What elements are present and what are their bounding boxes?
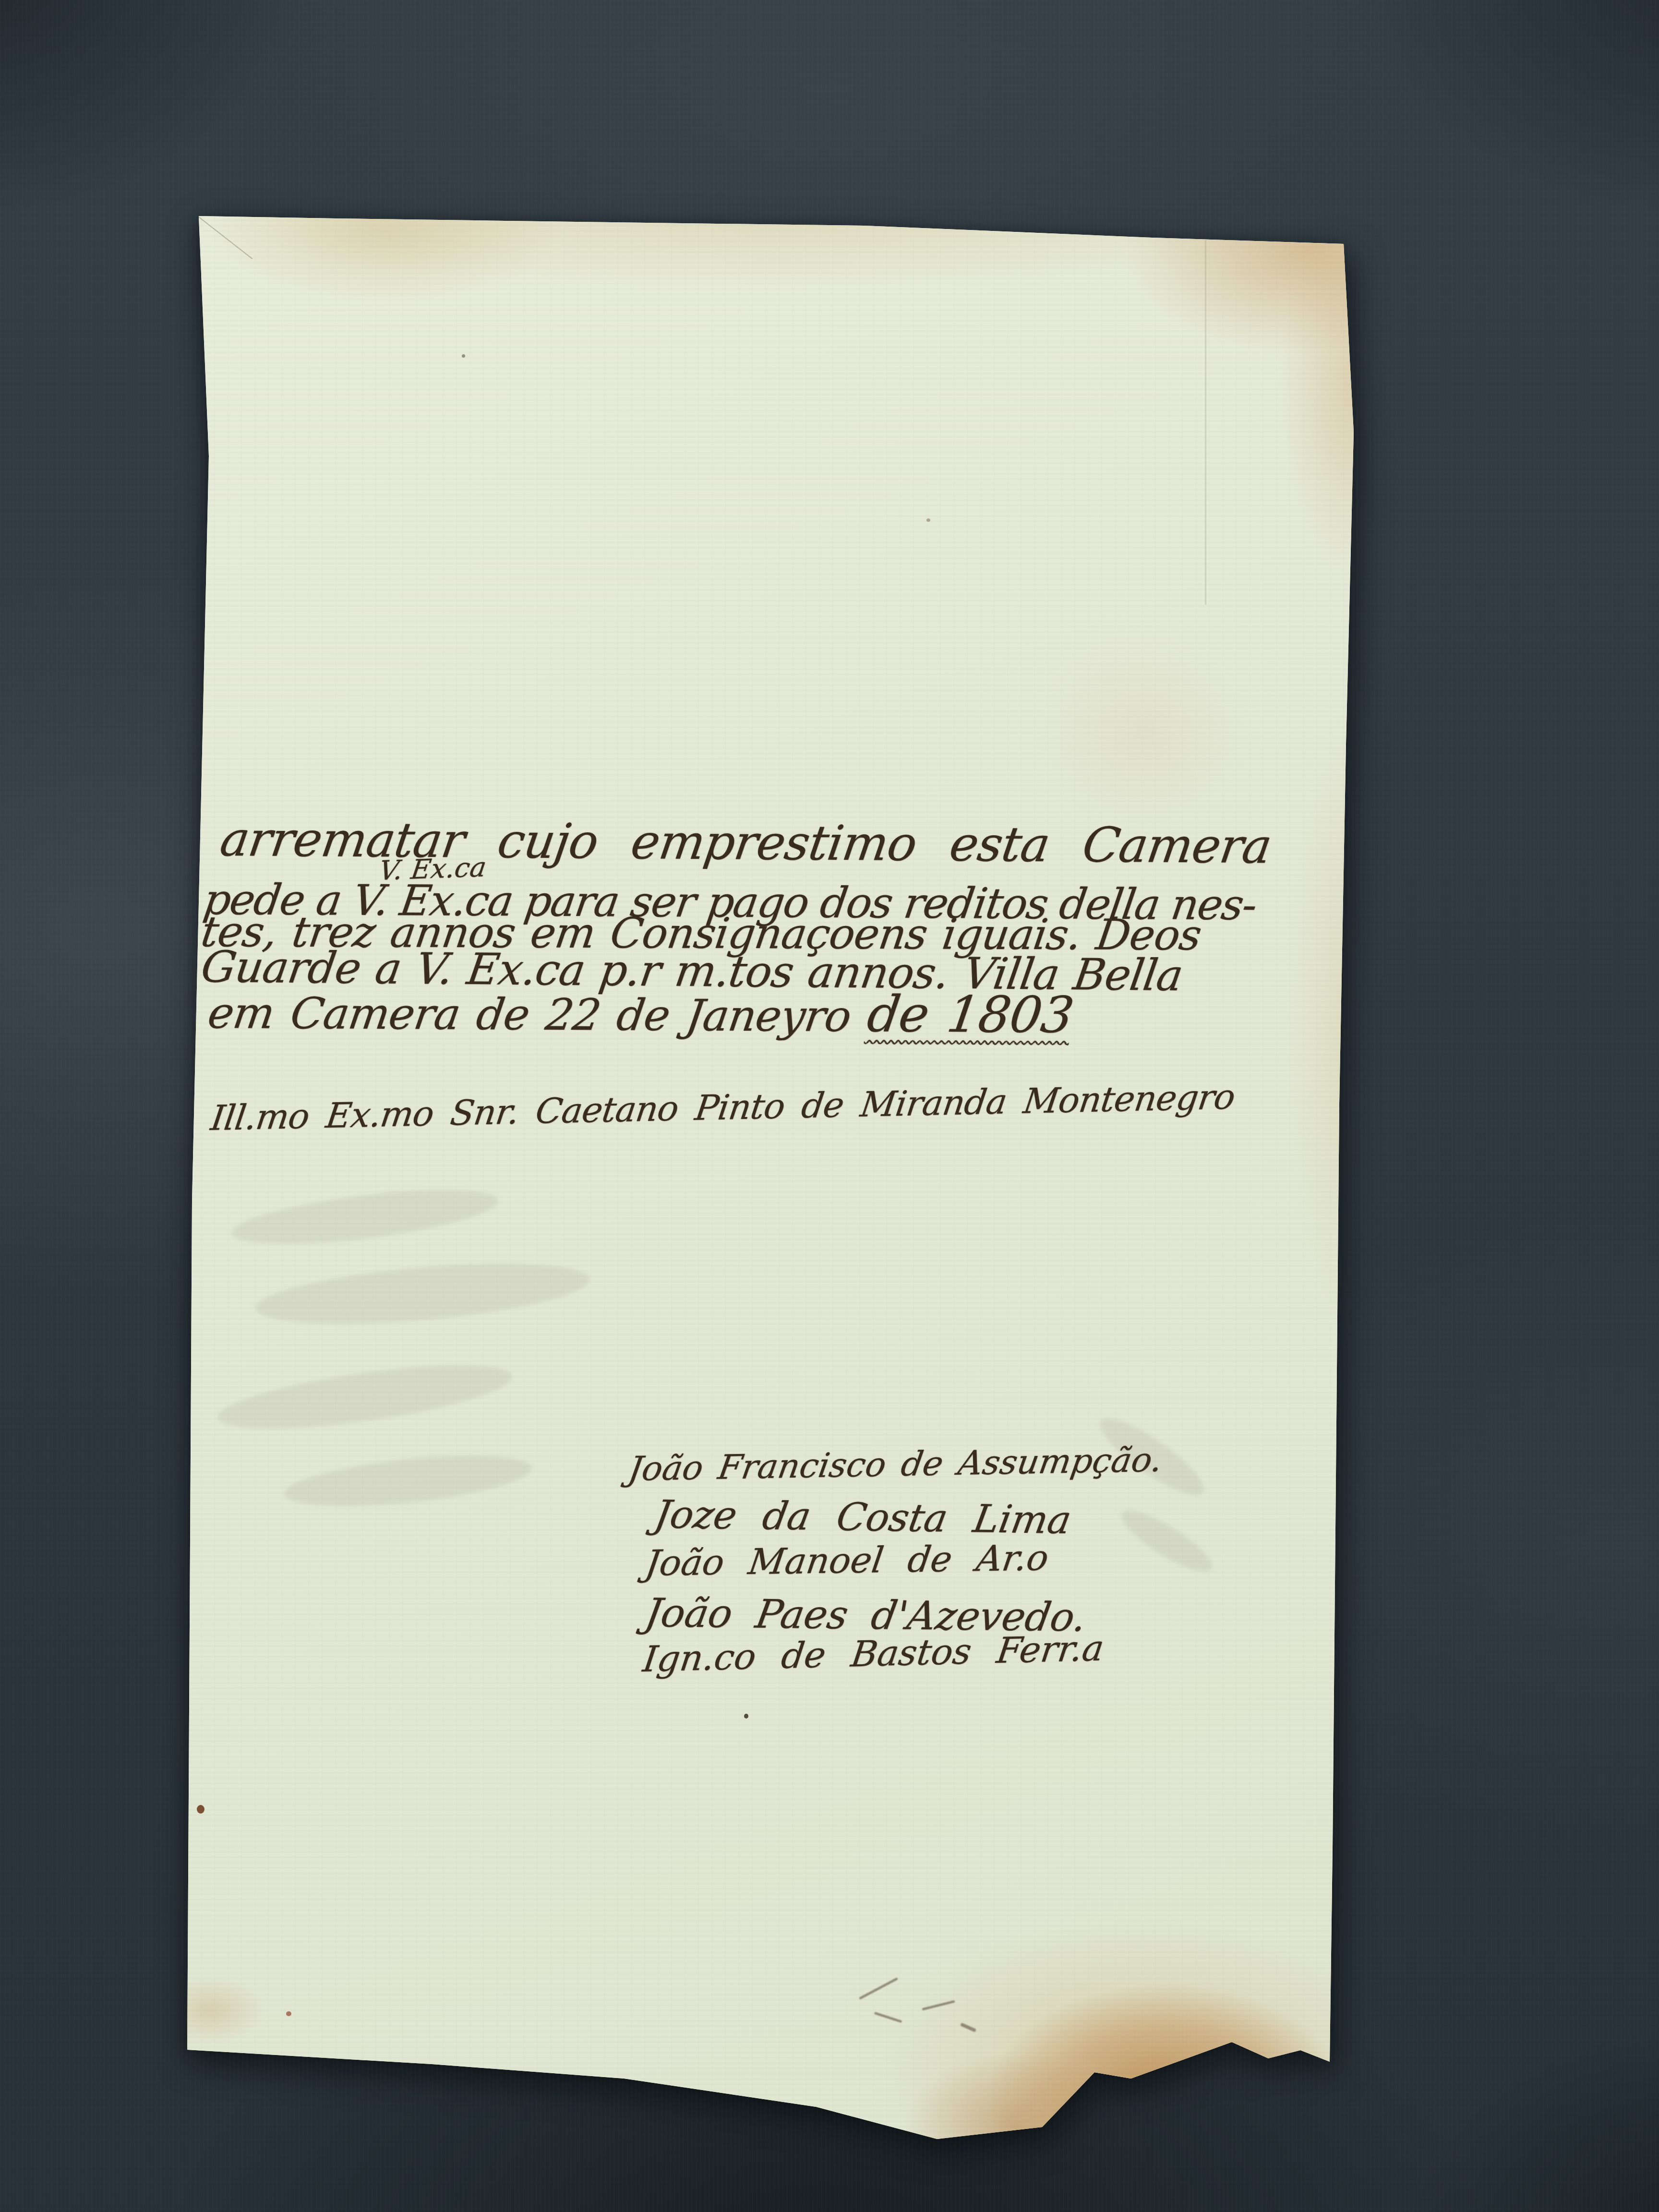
vertical-crease	[1205, 240, 1206, 605]
manuscript-sheet: arrematar cujo emprestimo esta Camera V.…	[187, 211, 1354, 2146]
verso-show-through	[282, 1446, 535, 1515]
paper-fleck	[744, 1714, 748, 1719]
corner-fold-crease	[195, 214, 252, 259]
date-line-prefix: em Camera de 22 de Janeyro	[205, 988, 872, 1042]
ink-scribble	[874, 2012, 902, 2023]
verso-show-through	[253, 1253, 592, 1335]
signature: Ign.co de Bastos Ferr.a	[641, 1631, 1106, 1677]
photo-backdrop: arrematar cujo emprestimo esta Camera V.…	[0, 0, 1659, 2212]
date-underlined: de 1803	[864, 985, 1077, 1044]
verso-show-through	[214, 1352, 516, 1441]
paper-fleck	[197, 1805, 204, 1814]
paper-fleck	[926, 518, 930, 522]
signature: João Francisco de Assumpção.	[626, 1443, 1165, 1486]
addressee-line: Ill.mo Ex.mo Snr. Caetano Pinto de Miran…	[209, 1079, 1237, 1135]
ink-scribble	[922, 2000, 955, 2011]
body-line-5: em Camera de 22 de Janeyro de 1803	[205, 986, 1076, 1040]
manuscript-sheet-wrap: arrematar cujo emprestimo esta Camera V.…	[187, 211, 1354, 2146]
signature: João Manoel de Ar.o	[643, 1540, 1051, 1581]
verso-show-through	[229, 1179, 501, 1255]
body-line-1: arrematar cujo emprestimo esta Camera	[217, 815, 1274, 870]
paper-fleck	[462, 354, 465, 358]
paper-fleck	[286, 2011, 291, 2016]
ink-scribble	[859, 1977, 898, 2000]
verso-show-through	[1114, 1501, 1219, 1581]
signature: Joze da Costa Lima	[652, 1495, 1074, 1539]
ink-scribble	[960, 2022, 976, 2032]
